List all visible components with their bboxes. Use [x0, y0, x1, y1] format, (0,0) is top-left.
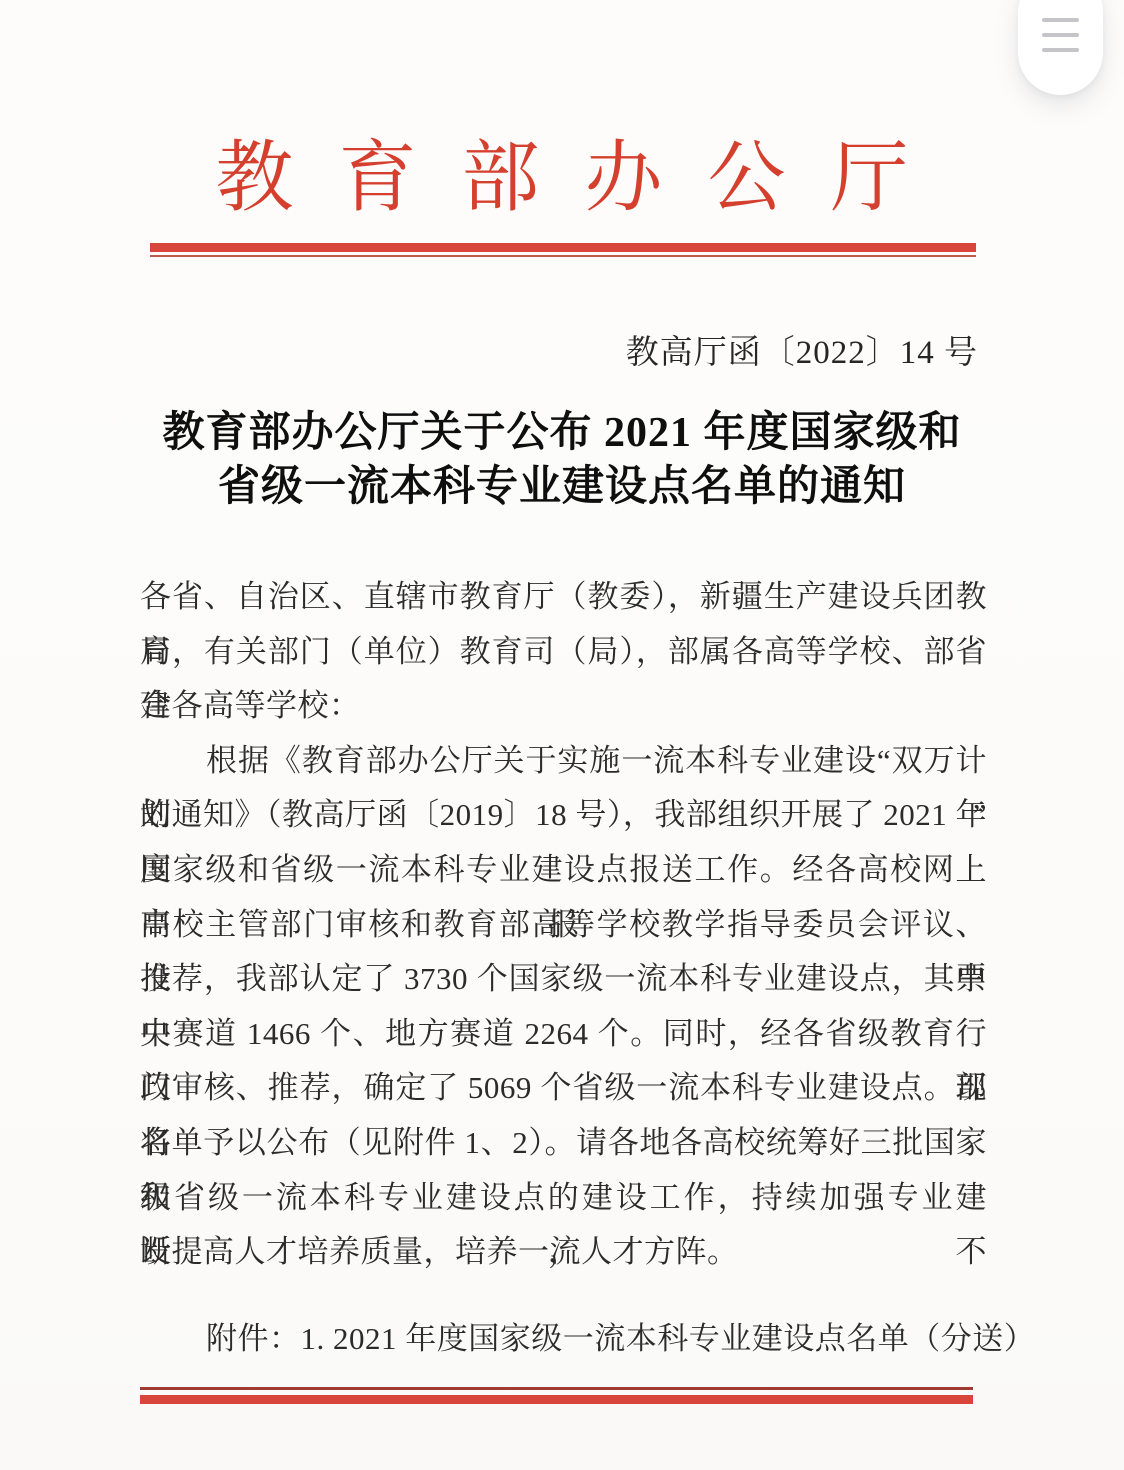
document-body: 各省、自治区、直辖市教育厅（教委），新疆生产建设兵团教育 局，有关部门（单位）教… — [140, 570, 987, 1280]
body-line: 和省级一流本科专业建设点的建设工作，持续加强专业建设，不 — [140, 1171, 987, 1226]
title-line-1: 教育部办公厅关于公布 2021 年度国家级和 — [0, 406, 1124, 460]
body-line: 央赛道 1466 个、地方赛道 2264 个。同时，经各省级教育行政部 — [140, 1007, 987, 1062]
body-line: 国家级和省级一流本科专业建设点报送工作。经各高校网上申报、 — [140, 843, 987, 898]
body-line: 门审核、推荐，确定了 5069 个省级一流本科专业建设点。现将 — [140, 1061, 987, 1116]
menu-button[interactable] — [1018, 0, 1103, 95]
title-line-2: 省级一流本科专业建设点名单的通知 — [0, 460, 1124, 514]
attachment-line: 附件：1. 2021 年度国家级一流本科专业建设点名单（分送） — [140, 1312, 987, 1367]
doc-number: 教高厅函〔2022〕14 号 — [626, 331, 978, 375]
document-page: 教育部办公厅 教高厅函〔2022〕14 号 教育部办公厅关于公布 2021 年度… — [0, 0, 1124, 1470]
body-line: 的通知》（教高厅函〔2019〕18 号），我部组织开展了 2021 年度 — [140, 788, 987, 843]
footer-divider-thin — [140, 1387, 973, 1390]
addressee-line: 局，有关部门（单位）教育司（局），部属各高等学校、部省合 — [140, 625, 987, 680]
hamburger-bar — [1042, 18, 1079, 22]
document-title: 教育部办公厅关于公布 2021 年度国家级和 省级一流本科专业建设点名单的通知 — [0, 406, 1124, 514]
body-line: 根据《教育部办公厅关于实施一流本科专业建设“双万计划” — [140, 734, 987, 789]
agency-masthead: 教育部办公厅 — [0, 136, 1124, 220]
hamburger-bar — [1042, 33, 1079, 37]
body-line: 名单予以公布（见附件 1、2）。请各地各高校统筹好三批国家级 — [140, 1116, 987, 1171]
body-line: 高校主管部门审核和教育部高等学校教学指导委员会评议、投票 — [140, 898, 987, 953]
body-line: 推荐，我部认定了 3730 个国家级一流本科专业建设点，其中中 — [140, 952, 987, 1007]
masthead-divider-thick — [150, 243, 976, 252]
addressee-line: 各省、自治区、直辖市教育厅（教委），新疆生产建设兵团教育 — [140, 570, 987, 625]
addressee-line: 建各高等学校： — [140, 679, 987, 734]
hamburger-icon — [1042, 18, 1079, 52]
footer-divider-thick — [140, 1395, 973, 1404]
masthead-divider-thin — [150, 255, 976, 257]
hamburger-bar — [1042, 48, 1079, 52]
